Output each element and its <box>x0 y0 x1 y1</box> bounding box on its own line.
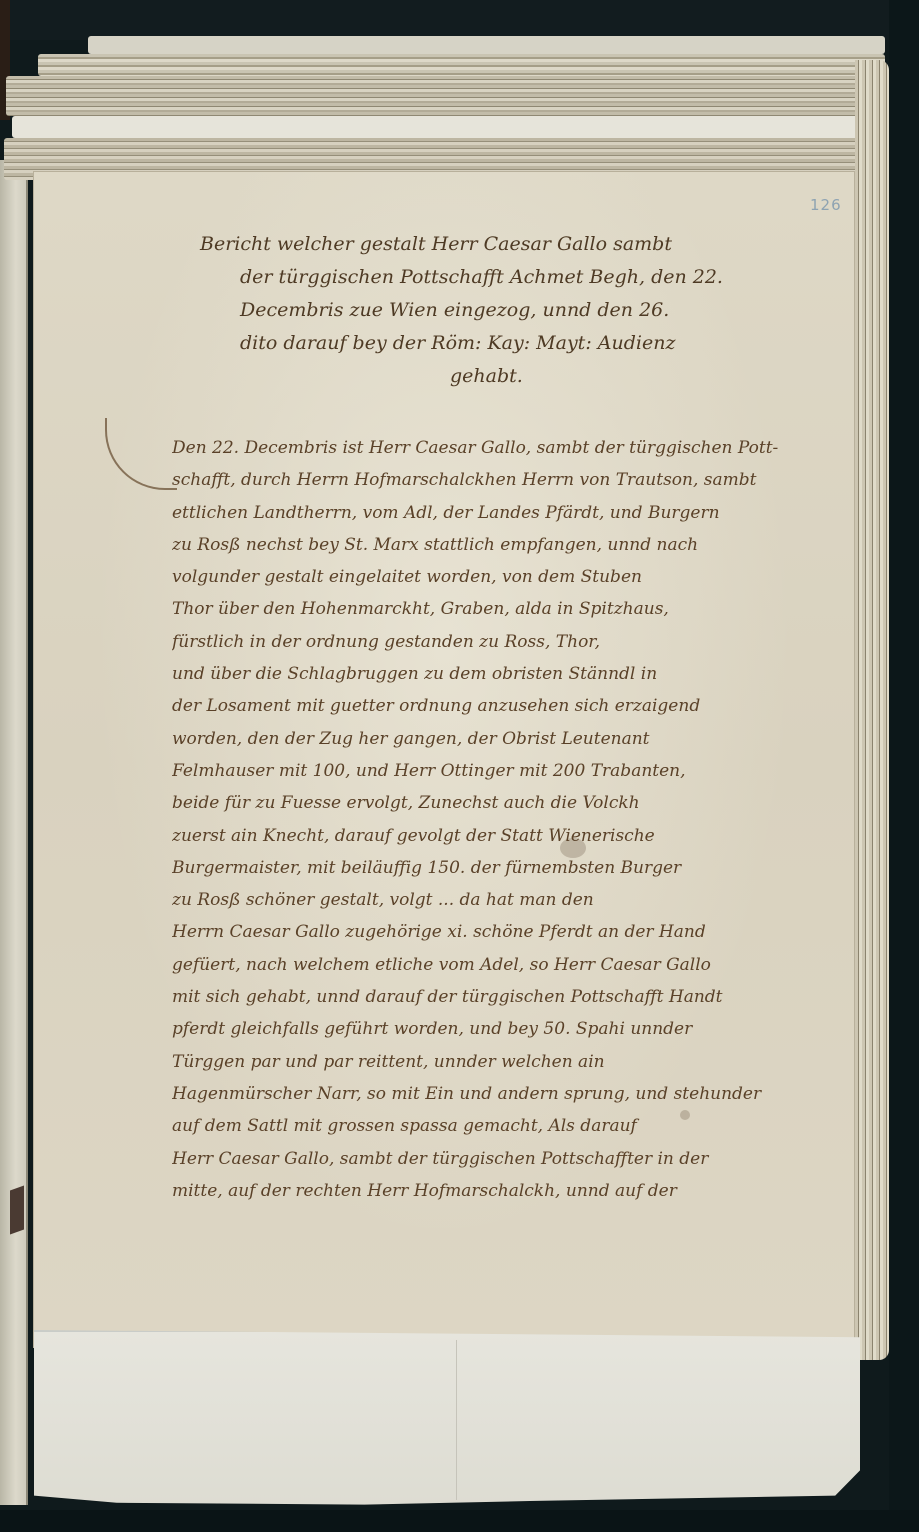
text-line: zuerst ain Knecht, darauf gevolgt der St… <box>172 820 832 852</box>
text-line: volgunder gestalt eingelaitet worden, vo… <box>172 561 832 593</box>
scan-backdrop-bottom <box>0 1510 919 1532</box>
text-line: schafft, durch Herrn Hofmarschalckhen He… <box>172 464 832 496</box>
text-line: Türggen par und par reittent, unnder wel… <box>172 1046 832 1078</box>
text-line: und über die Schlagbruggen zu dem obrist… <box>172 658 832 690</box>
text-line: mitte, auf der rechten Herr Hofmarschalc… <box>172 1175 832 1207</box>
repair-paper-strip <box>34 1330 860 1510</box>
facing-page-edge <box>0 160 28 1505</box>
page-stack-edge <box>88 36 885 54</box>
manuscript-body: Den 22. Decembris ist Herr Caesar Gallo,… <box>172 432 832 1207</box>
text-line: zu Rosß nechst bey St. Marx stattlich em… <box>172 529 832 561</box>
heading-line: Decembris zue Wien eingezog, unnd den 26… <box>200 294 800 327</box>
paper-fold-line <box>456 1340 457 1500</box>
document-heading: Bericht welcher gestalt Herr Caesar Gall… <box>200 228 800 393</box>
heading-line: dito darauf bey der Röm: Kay: Mayt: Audi… <box>200 327 800 360</box>
page-stack-edge <box>12 116 885 138</box>
text-line: mit sich gehabt, unnd darauf der türggis… <box>172 981 832 1013</box>
text-line: fürstlich in der ordnung gestanden zu Ro… <box>172 626 832 658</box>
text-line: Thor über den Hohenmarckht, Graben, alda… <box>172 593 832 625</box>
text-line: Den 22. Decembris ist Herr Caesar Gallo,… <box>172 432 832 464</box>
scan-backdrop-right <box>889 0 919 1532</box>
heading-line: Bericht welcher gestalt Herr Caesar Gall… <box>200 228 800 261</box>
scan-backdrop-top <box>0 0 919 40</box>
text-line: Herr Caesar Gallo, sambt der türggischen… <box>172 1143 832 1175</box>
text-line: ettlichen Landtherrn, vom Adl, der Lande… <box>172 497 832 529</box>
heading-line: der türggischen Pottschafft Achmet Begh,… <box>200 261 800 294</box>
fanned-page-edges <box>855 60 889 1360</box>
text-line: Herrn Caesar Gallo zugehörige xi. schöne… <box>172 916 832 948</box>
text-line: worden, den der Zug her gangen, der Obri… <box>172 723 832 755</box>
page-stack-edge <box>38 54 885 76</box>
folio-number: 126 <box>810 196 842 214</box>
text-line: Burgermaister, mit beiläuffig 150. der f… <box>172 852 832 884</box>
page-stack-edge <box>6 76 885 116</box>
binding-tab <box>10 1185 24 1234</box>
text-line: Felmhauser mit 100, und Herr Ottinger mi… <box>172 755 832 787</box>
text-line: gefüert, nach welchem etliche vom Adel, … <box>172 949 832 981</box>
text-line: Hagenmürscher Narr, so mit Ein und ander… <box>172 1078 832 1110</box>
text-line: beide für zu Fuesse ervolgt, Zunechst au… <box>172 787 832 819</box>
text-line: pferdt gleichfalls geführt worden, und b… <box>172 1013 832 1045</box>
text-line: auf dem Sattl mit grossen spassa gemacht… <box>172 1110 832 1142</box>
text-line: der Losament mit guetter ordnung anzuseh… <box>172 690 832 722</box>
text-line: zu Rosß schöner gestalt, volgt ... da ha… <box>172 884 832 916</box>
heading-line: gehabt. <box>200 360 800 393</box>
